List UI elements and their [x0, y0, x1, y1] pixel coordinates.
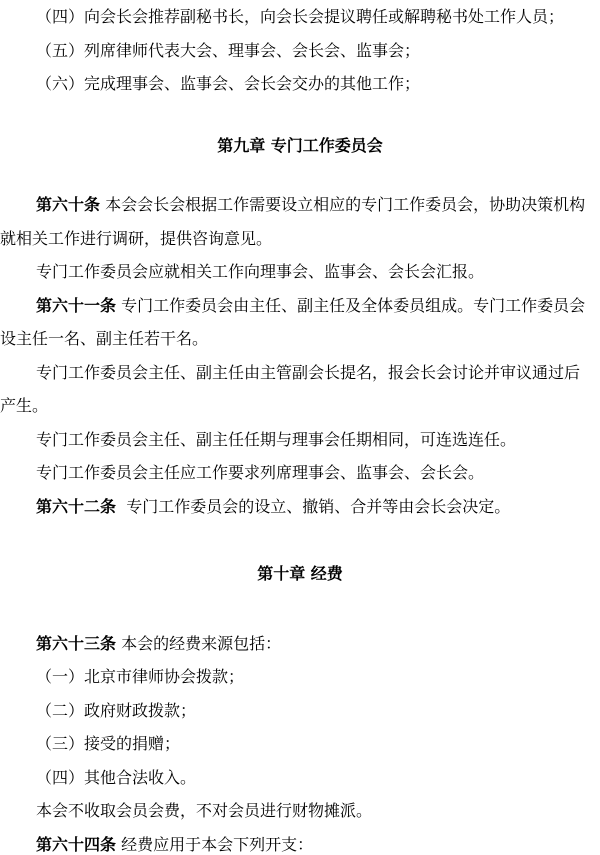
article-number: 第六十四条 — [36, 835, 116, 854]
article-text: 经费应用于本会下列开支： — [116, 835, 313, 854]
list-item-line: （四）向会长会推荐副秘书长，向会长会提议聘任或解聘秘书处工作人员； — [0, 0, 600, 34]
body-paragraph-line: 本会不收取会员会费，不对会员进行财物摊派。 — [0, 794, 600, 828]
document-page: （四）向会长会推荐副秘书长，向会长会提议聘任或解聘秘书处工作人员；（五）列席律师… — [0, 0, 600, 855]
article-paragraph-line: 第六十四条 经费应用于本会下列开支： — [0, 828, 600, 855]
continuation-line: 产生。 — [0, 389, 600, 423]
article-number: 第六十条 — [36, 195, 100, 214]
article-paragraph-line: 第六十二条 专门工作委员会的设立、撤销、合并等由会长会决定。 — [0, 490, 600, 524]
article-paragraph-line: 第六十条 本会会长会根据工作需要设立相应的专门工作委员会，协助决策机构 — [0, 188, 600, 222]
article-text: 本会会长会根据工作需要设立相应的专门工作委员会，协助决策机构 — [100, 195, 585, 214]
body-paragraph-line: 专门工作委员会主任、副主任由主管副会长提名，报会长会讨论并审议通过后 — [0, 356, 600, 390]
list-item-line: （一）北京市律师协会拨款； — [0, 660, 600, 694]
chapter-heading: 第九章 专门工作委员会 — [0, 129, 600, 163]
article-text: 专门工作委员会的设立、撤销、合并等由会长会决定。 — [116, 497, 510, 516]
body-paragraph-line: 专门工作委员会应就相关工作向理事会、监事会、会长会汇报。 — [0, 255, 600, 289]
article-number: 第六十一条 — [36, 296, 116, 315]
list-item-line: （三）接受的捐赠； — [0, 727, 600, 761]
continuation-line: 设主任一名、副主任若干名。 — [0, 322, 600, 356]
body-paragraph-line: 专门工作委员会主任、副主任任期与理事会任期相同，可连选连任。 — [0, 423, 600, 457]
article-paragraph-line: 第六十三条 本会的经费来源包括： — [0, 627, 600, 661]
article-number: 第六十三条 — [36, 634, 116, 653]
article-text: 专门工作委员会由主任、副主任及全体委员组成。专门工作委员会 — [116, 296, 585, 315]
list-item-line: （六）完成理事会、监事会、会长会交办的其他工作； — [0, 67, 600, 101]
article-text: 本会的经费来源包括： — [116, 634, 281, 653]
list-item-line: （二）政府财政拨款； — [0, 694, 600, 728]
article-paragraph-line: 第六十一条 专门工作委员会由主任、副主任及全体委员组成。专门工作委员会 — [0, 289, 600, 323]
continuation-line: 就相关工作进行调研，提供咨询意见。 — [0, 222, 600, 256]
list-item-line: （五）列席律师代表大会、理事会、会长会、监事会； — [0, 34, 600, 68]
chapter-heading: 第十章 经费 — [0, 557, 600, 591]
article-number: 第六十二条 — [36, 497, 116, 516]
list-item-line: （四）其他合法收入。 — [0, 761, 600, 795]
body-paragraph-line: 专门工作委员会主任应工作要求列席理事会、监事会、会长会。 — [0, 456, 600, 490]
